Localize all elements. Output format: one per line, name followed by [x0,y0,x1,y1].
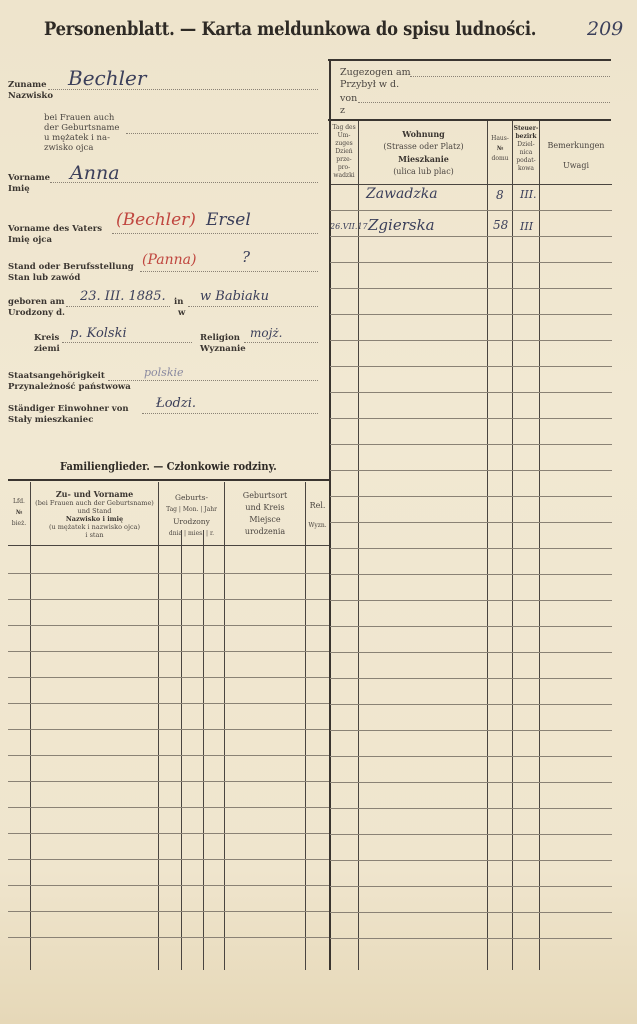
resident-value[interactable]: Łodzi. [156,396,196,411]
registration-card: Personenblatt. — Karta meldunkowa do spi… [0,0,637,1024]
first-name-value[interactable]: Anna [70,162,120,184]
header-name: Zu- und Vorname(bei Frauen auch der Gebu… [31,490,158,539]
header-tax-district: Steuer-bezirkDziel-nicapodat-kowa [513,125,539,173]
status-value[interactable]: (Panna) [142,252,196,268]
header-house-no: Haus-№domu [488,134,512,164]
header-move-date: Tag desUm-zugesDzieńprze-pro-wadzki [330,124,358,180]
family-section-title: Familienglieder. — Członkowie rodziny. [60,460,277,473]
surname-label-pl: Nazwisko [8,91,53,102]
kreis-value[interactable]: p. Kolski [70,326,127,341]
page-number: 209 [587,18,623,40]
header-dwelling: Wohnung(Strasse oder Platz)Mieszkanie(ul… [360,128,487,178]
birth-date-value[interactable]: 23. III. 1885. [80,289,166,304]
father-name-value[interactable]: Ersel [206,210,251,230]
religion-value[interactable]: mojż. [250,326,282,340]
citizenship-value[interactable]: polskie [144,366,184,379]
moved-box-top-rule [328,59,611,61]
status-question[interactable]: ? [242,248,250,266]
surname-value[interactable]: Bechler [68,66,146,90]
father-surname-value[interactable]: (Bechler) [116,210,196,230]
residence-table-top-rule [328,119,611,121]
page-title: Personenblatt. — Karta meldunkowa do spi… [44,18,536,40]
header-remarks: BemerkungenUwagi [540,136,612,176]
header-religion: Rel.Wyzn. [306,496,329,536]
birth-place-value[interactable]: w Babiaku [200,289,269,304]
header-no: Lfd.№bież. [8,496,30,529]
header-birth-date: Geburts-Tag | Mon. | JahrUrodzonydnia | … [159,492,224,540]
surname-label-de: Zuname [8,80,46,91]
header-birthplace: Geburtsortund KreisMiejsceurodzenia [225,490,305,538]
